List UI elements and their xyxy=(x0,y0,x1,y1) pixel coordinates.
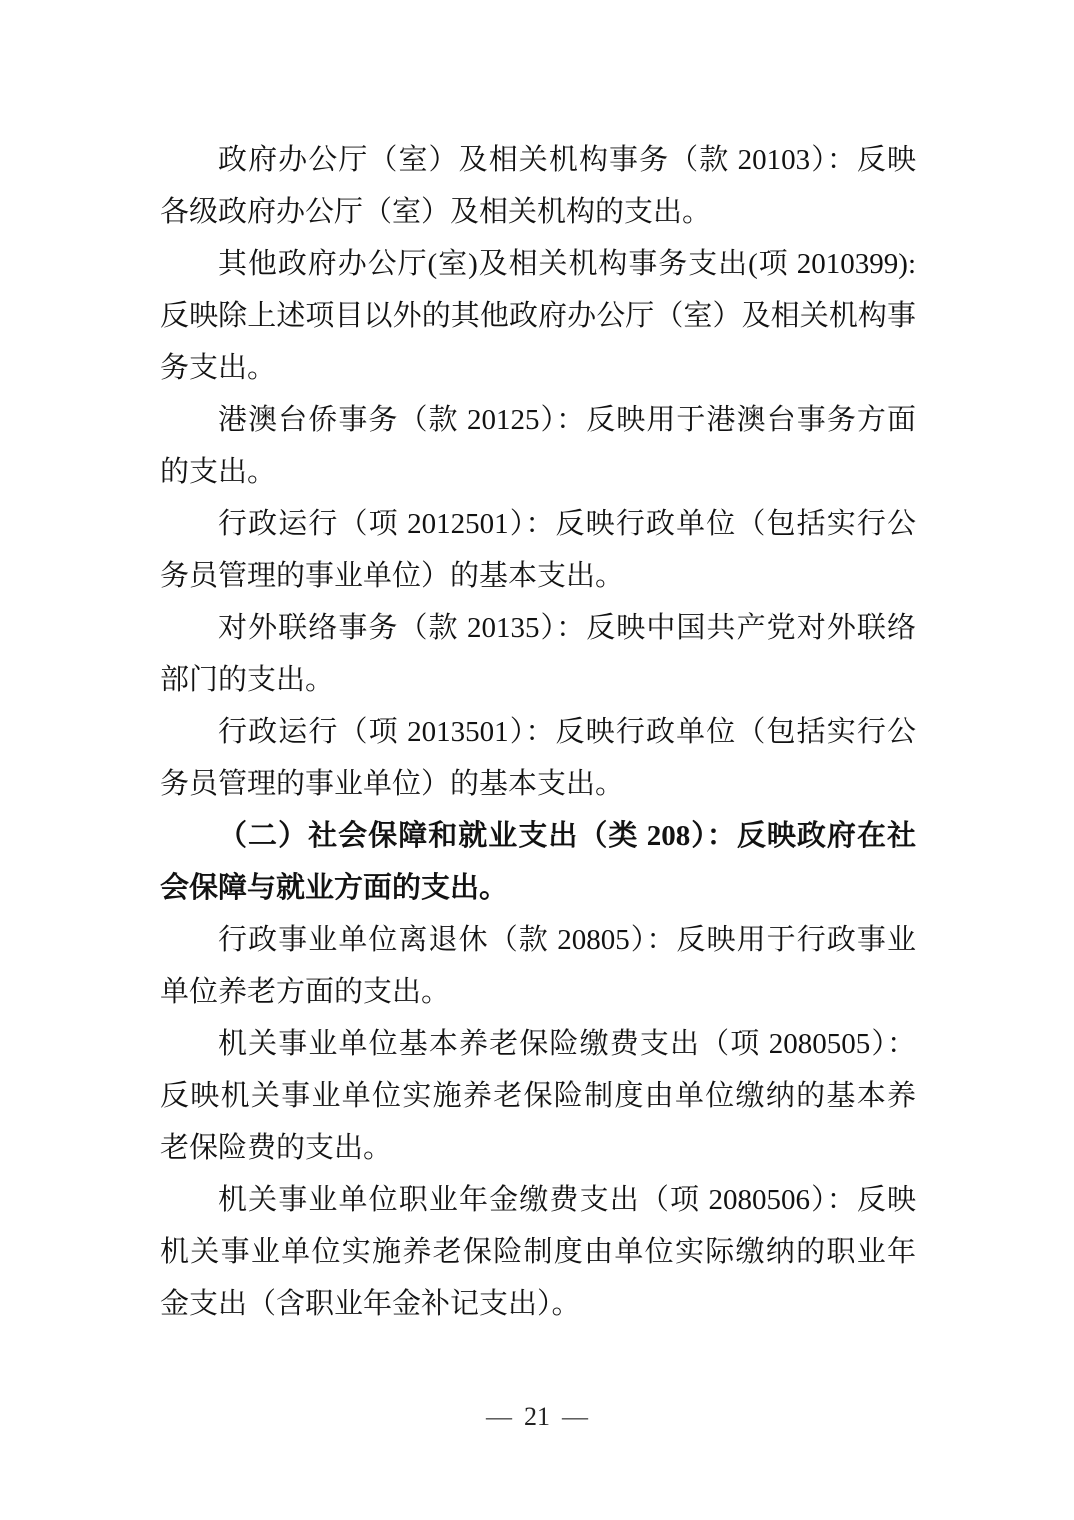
text-line: 其他政府办公厅(室)及相关机构事务支出(项 2010399): xyxy=(160,238,916,290)
document-page: 政府办公厅（室）及相关机构事务（款 20103）：反映各级政府办公厅（室）及相关… xyxy=(0,0,1074,1520)
text-line: 老保险费的支出。 xyxy=(160,1122,916,1174)
text-line: 金支出（含职业年金补记支出）。 xyxy=(160,1278,916,1330)
text-line: 港澳台侨事务（款 20125）：反映用于港澳台事务方面 xyxy=(160,394,916,446)
text-line: 单位养老方面的支出。 xyxy=(160,966,916,1018)
page-footer: —21— xyxy=(0,1402,1074,1432)
footer-dash-right: — xyxy=(562,1402,588,1431)
text-line: 行政运行（项 2012501）：反映行政单位（包括实行公 xyxy=(160,498,916,550)
text-line: 务员管理的事业单位）的基本支出。 xyxy=(160,758,916,810)
page-number: 21 xyxy=(524,1402,550,1431)
text-line: 务支出。 xyxy=(160,342,916,394)
text-line: 会保障与就业方面的支出。 xyxy=(160,862,916,914)
text-line: 各级政府办公厅（室）及相关机构的支出。 xyxy=(160,186,916,238)
footer-dash-left: — xyxy=(486,1402,512,1431)
text-line: 部门的支出。 xyxy=(160,654,916,706)
text-line: 机关事业单位职业年金缴费支出（项 2080506）：反映 xyxy=(160,1174,916,1226)
text-line: 反映除上述项目以外的其他政府办公厅（室）及相关机构事 xyxy=(160,290,916,342)
text-line: 务员管理的事业单位）的基本支出。 xyxy=(160,550,916,602)
text-line: （二）社会保障和就业支出（类 208）：反映政府在社 xyxy=(160,810,916,862)
text-line: 机关事业单位基本养老保险缴费支出（项 2080505）： xyxy=(160,1018,916,1070)
text-line: 行政事业单位离退休（款 20805）：反映用于行政事业 xyxy=(160,914,916,966)
text-line: 政府办公厅（室）及相关机构事务（款 20103）：反映 xyxy=(160,134,916,186)
body-text: 政府办公厅（室）及相关机构事务（款 20103）：反映各级政府办公厅（室）及相关… xyxy=(160,134,916,1330)
text-line: 反映机关事业单位实施养老保险制度由单位缴纳的基本养 xyxy=(160,1070,916,1122)
text-line: 行政运行（项 2013501）：反映行政单位（包括实行公 xyxy=(160,706,916,758)
text-line: 机关事业单位实施养老保险制度由单位实际缴纳的职业年 xyxy=(160,1226,916,1278)
text-line: 的支出。 xyxy=(160,446,916,498)
text-line: 对外联络事务（款 20135）：反映中国共产党对外联络 xyxy=(160,602,916,654)
